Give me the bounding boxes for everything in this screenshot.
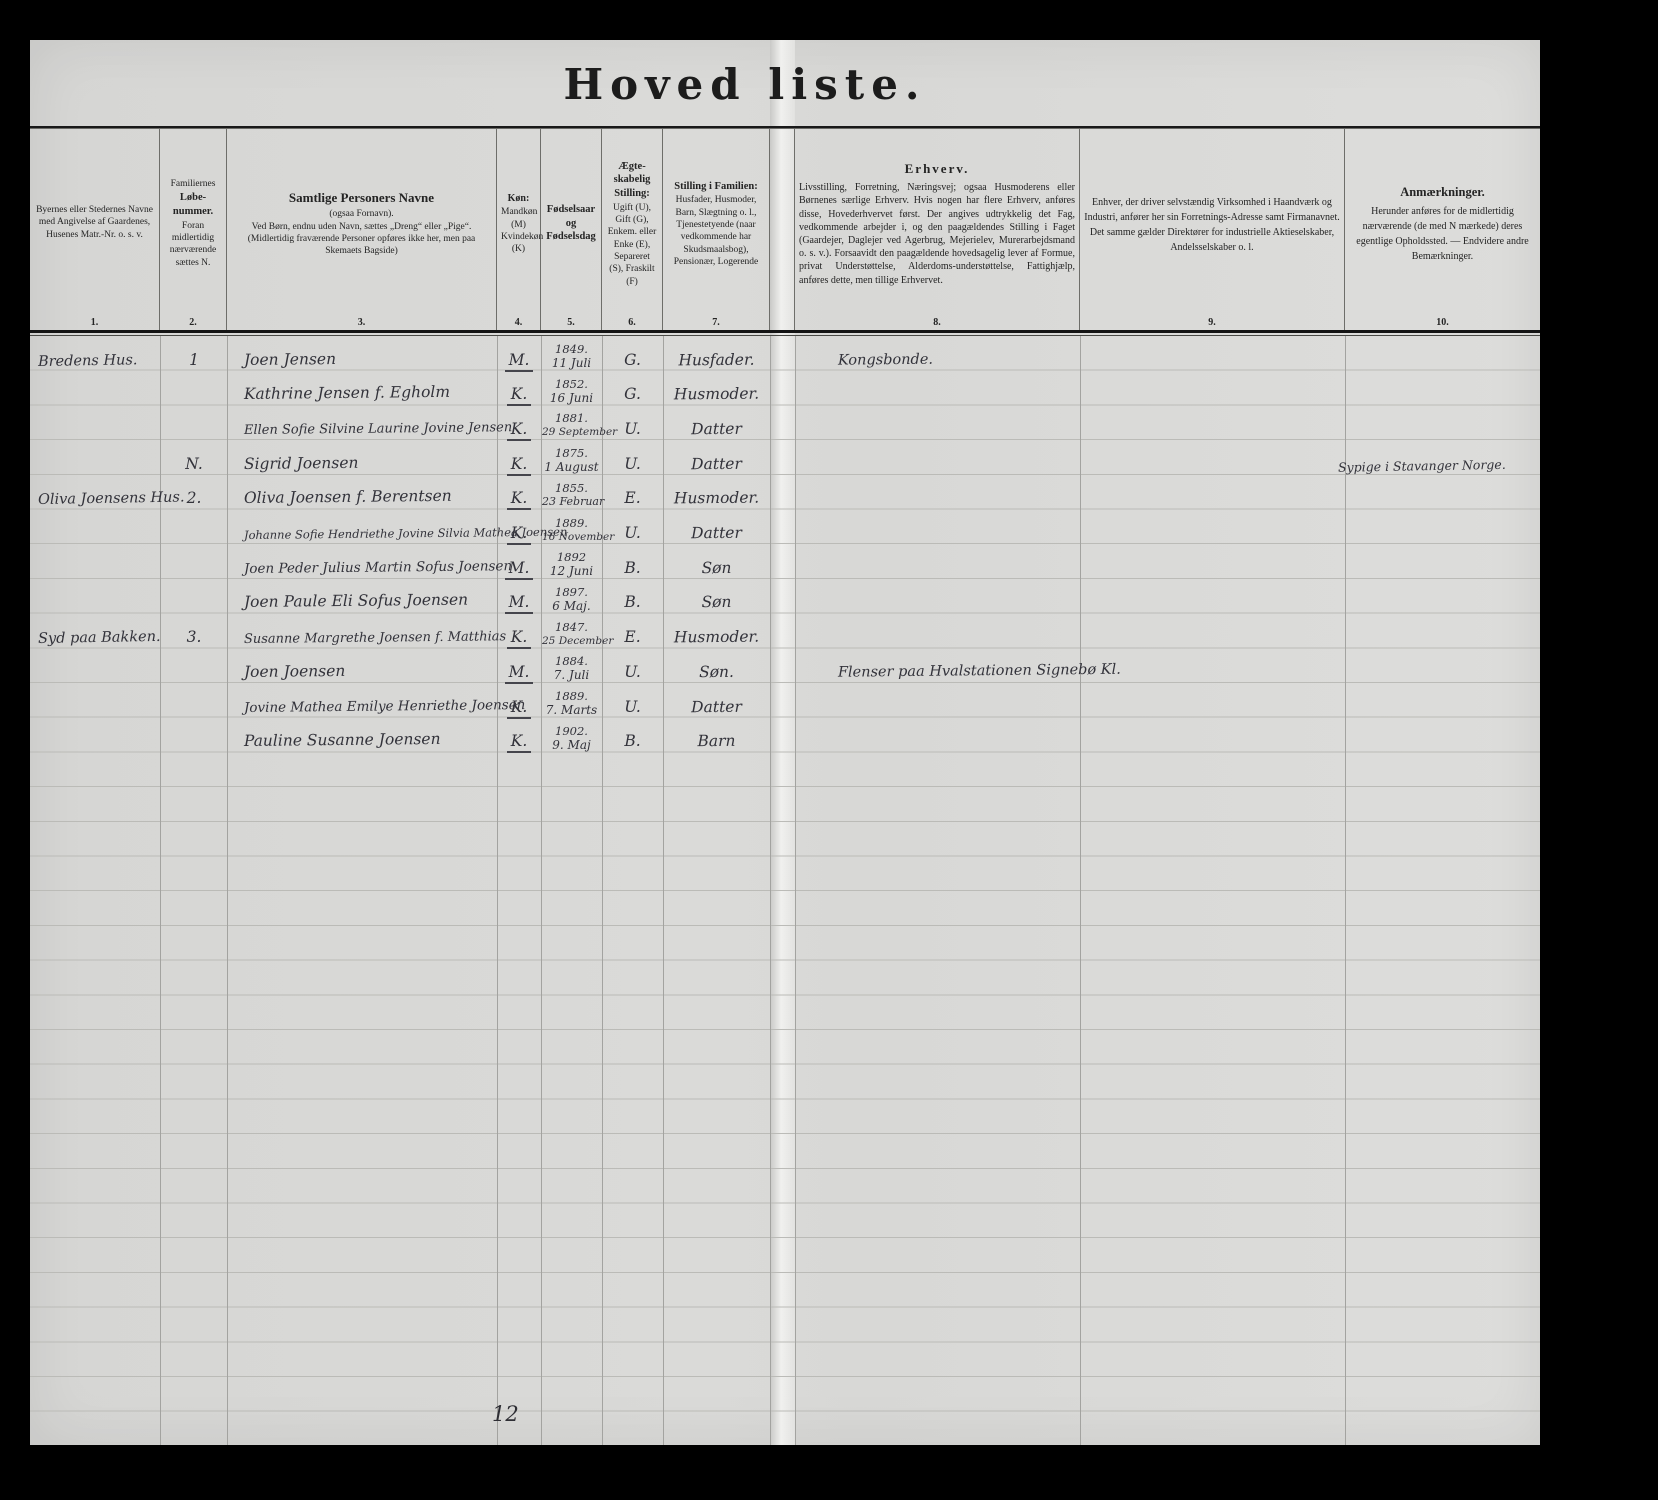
table-row: Pauline Susanne Joensen K. 1902.9. Maj B… xyxy=(30,718,1540,753)
cell-marital-status: B. xyxy=(603,734,662,750)
cell-person-name: Susanne Margrethe Joensen f. Matthias xyxy=(244,630,499,646)
cell-marital-status: G. xyxy=(603,353,662,369)
cell-person-name: Joen Joensen xyxy=(244,662,499,680)
table-row: Ellen Sofie Silvine Laurine Jovine Jense… xyxy=(30,405,1540,440)
cell-sex: K. xyxy=(498,422,540,438)
cell-person-name: Jovine Mathea Emilye Henriethe Joensen xyxy=(244,699,499,715)
cell-birth-date: 1875.1 August xyxy=(542,447,601,474)
header-column-family-position: Stilling i Familien: Husfader, Husmoder,… xyxy=(663,129,770,330)
cell-remarks xyxy=(1338,401,1536,404)
cell-occupation xyxy=(808,469,1106,472)
cell-remarks xyxy=(1338,679,1536,682)
cell-occupation xyxy=(808,712,1106,715)
cell-person-name: Johanne Sofie Hendriethe Jovine Silvia M… xyxy=(244,527,499,541)
cell-birth-date: 1884.7. Juli xyxy=(542,655,601,682)
cell-place-name xyxy=(38,714,156,716)
cell-marital-status: U. xyxy=(603,457,662,473)
table-row: Joen Paule Eli Sofus Joensen M. 1897.6 M… xyxy=(30,579,1540,614)
header-column-business-address: Enhver, der driver selvstændig Virksomhe… xyxy=(1080,129,1345,330)
cell-occupation: Flenser paa Hvalstationen Signebø Kl. xyxy=(808,663,1106,681)
cell-person-name: Joen Jensen xyxy=(244,350,499,368)
cell-family-number: 2. xyxy=(162,491,226,507)
cell-family-position: Husmoder. xyxy=(664,387,769,403)
title-divider xyxy=(30,126,1540,129)
cell-place-name xyxy=(38,402,156,404)
cell-remarks: Sypige i Stavanger Norge. xyxy=(1338,458,1536,474)
table-row: Syd paa Bakken. 3. Susanne Margrethe Joe… xyxy=(30,614,1540,649)
cell-occupation: Kongsbonde. xyxy=(808,350,1106,368)
cell-occupation xyxy=(808,608,1106,611)
cell-family-position: Barn xyxy=(664,734,769,750)
cell-family-position: Datter xyxy=(664,456,769,472)
cell-person-name: Kathrine Jensen f. Egholm xyxy=(244,385,499,403)
cell-family-position: Datter xyxy=(664,526,769,542)
cell-birth-date: 1889.7. Marts xyxy=(542,690,601,717)
cell-birth-date: 1855.23 Februar xyxy=(542,482,601,509)
cell-family-position: Husmoder. xyxy=(664,491,769,507)
cell-sex: K. xyxy=(498,630,540,646)
cell-sex: M. xyxy=(498,595,540,611)
cell-place-name xyxy=(38,575,156,577)
cell-marital-status: E. xyxy=(603,630,662,646)
cell-remarks xyxy=(1338,644,1536,647)
table-header: Byernes eller Stedernes Navne med Angive… xyxy=(30,129,1540,330)
cell-place-name xyxy=(38,749,156,751)
table-row: Johanne Sofie Hendriethe Jovine Silvia M… xyxy=(30,510,1540,545)
page-title: Hoved liste. xyxy=(30,60,1460,109)
cell-place-name xyxy=(38,471,156,473)
cell-family-number: 3. xyxy=(162,630,226,646)
cell-birth-date: 189212 Juni xyxy=(542,551,601,578)
cell-birth-date: 1902.9. Maj xyxy=(542,725,601,752)
cell-marital-status: U. xyxy=(603,665,662,681)
header-column-family-number: Familiernes Løbe- nummer. Foran midlerti… xyxy=(160,129,227,330)
cell-person-name: Oliva Joensen f. Berentsen xyxy=(244,489,499,507)
cell-birth-date: 1852.16 Juni xyxy=(542,378,601,405)
cell-occupation xyxy=(808,642,1106,645)
cell-sex: K. xyxy=(498,491,540,507)
header-column-birth: Fødselsaar og Fødselsdag 5. xyxy=(541,129,602,330)
cell-family-position: Søn xyxy=(664,560,769,576)
table-row: Oliva Joensens Hus. 2. Oliva Joensen f. … xyxy=(30,475,1540,510)
cell-family-position: Husmoder. xyxy=(664,630,769,646)
column-number: 8. xyxy=(795,317,1079,328)
cell-family-position: Søn xyxy=(664,595,769,611)
header-column-remarks: Anmærkninger. Herunder anføres for de mi… xyxy=(1345,129,1540,330)
scanned-census-page: { "page": { "title": "Hoved liste.", "pa… xyxy=(0,0,1658,1500)
cell-family-position: Datter xyxy=(664,699,769,715)
column-number: 5. xyxy=(541,317,601,328)
cell-marital-status: E. xyxy=(603,491,662,507)
census-form-paper: Hoved liste. Byernes eller Stedernes Nav… xyxy=(30,40,1540,1445)
cell-sex: M. xyxy=(498,353,540,369)
column-number: 2. xyxy=(160,317,226,328)
handwritten-page-number: 12 xyxy=(492,1402,519,1426)
cell-remarks xyxy=(1338,366,1536,369)
cell-person-name: Sigrid Joensen xyxy=(244,454,499,472)
cell-place-name xyxy=(38,610,156,612)
cell-person-name: Joen Paule Eli Sofus Joensen xyxy=(244,593,499,611)
table-row: Joen Peder Julius Martin Sofus Joensen M… xyxy=(30,544,1540,579)
table-row: N. Sigrid Joensen K. 1875.1 August U. Da… xyxy=(30,440,1540,475)
cell-person-name: Pauline Susanne Joensen xyxy=(244,732,499,750)
cell-occupation xyxy=(808,538,1106,541)
cell-sex: K. xyxy=(498,387,540,403)
table-row: Jovine Mathea Emilye Henriethe Joensen K… xyxy=(30,683,1540,718)
header-column-names: Samtlige Personers Navne (ogsaa Fornavn)… xyxy=(227,129,497,330)
cell-place-name: Syd paa Bakken. xyxy=(38,630,156,647)
cell-place-name xyxy=(38,436,156,438)
cell-occupation xyxy=(808,504,1106,507)
cell-family-position: Husfader. xyxy=(664,352,769,368)
column-number: 4. xyxy=(497,317,540,328)
cell-marital-status: B. xyxy=(603,561,662,577)
cell-place-name: Oliva Joensens Hus. xyxy=(38,491,156,508)
cell-birth-date: 1889.16 November xyxy=(542,517,601,544)
cell-family-number: N. xyxy=(162,457,226,473)
cell-marital-status: U. xyxy=(603,700,662,716)
cell-birth-date: 1881.29 September xyxy=(542,412,601,439)
header-column-occupation: Erhverv. Livsstilling, Forretning, Nærin… xyxy=(795,129,1080,330)
header-column-sex: Køn: Mandkøn (M) Kvindekøn (K) 4. xyxy=(497,129,541,330)
cell-remarks xyxy=(1338,540,1536,543)
cell-sex: K. xyxy=(498,700,540,716)
column-number: 7. xyxy=(663,317,769,328)
header-double-rule xyxy=(30,330,1540,336)
cell-marital-status: G. xyxy=(603,387,662,403)
cell-occupation xyxy=(808,747,1106,750)
cell-remarks xyxy=(1338,505,1536,508)
cell-remarks xyxy=(1338,436,1536,439)
cell-place-name xyxy=(38,679,156,681)
cell-occupation xyxy=(808,434,1106,437)
cell-family-number: 1 xyxy=(162,353,226,369)
cell-marital-status: B. xyxy=(603,595,662,611)
cell-marital-status: U. xyxy=(603,526,662,542)
cell-family-position: Datter xyxy=(664,421,769,437)
header-column-marital-status: Ægte- skabelig Stilling: Ugift (U), Gift… xyxy=(602,129,663,330)
column-number: 9. xyxy=(1080,317,1344,328)
cell-sex: K. xyxy=(498,526,540,542)
cell-place-name: Bredens Hus. xyxy=(38,352,156,369)
cell-sex: K. xyxy=(498,457,540,473)
cell-remarks xyxy=(1338,748,1536,751)
cell-birth-date: 1847.25 December xyxy=(542,621,601,648)
column-number: 6. xyxy=(602,317,662,328)
column-number: 3. xyxy=(227,317,496,328)
cell-remarks xyxy=(1338,609,1536,612)
column-number: 1. xyxy=(30,317,159,328)
cell-remarks xyxy=(1338,574,1536,577)
cell-person-name: Joen Peder Julius Martin Sofus Joensen xyxy=(244,560,499,576)
cell-occupation xyxy=(808,573,1106,576)
cell-birth-date: 1849.11 Juli xyxy=(542,343,601,370)
cell-remarks xyxy=(1338,713,1536,716)
table-row: Bredens Hus. 1 Joen Jensen M. 1849.11 Ju… xyxy=(30,336,1540,371)
cell-family-position: Søn. xyxy=(664,664,769,680)
column-number: 10. xyxy=(1345,317,1540,328)
cell-place-name xyxy=(38,540,156,542)
cell-occupation xyxy=(808,400,1106,403)
cell-birth-date: 1897.6 Maj. xyxy=(542,586,601,613)
cell-sex: M. xyxy=(498,665,540,681)
cell-sex: M. xyxy=(498,561,540,577)
cell-sex: K. xyxy=(498,734,540,750)
cell-marital-status: U. xyxy=(603,422,662,438)
header-column-place: Byernes eller Stedernes Navne med Angive… xyxy=(30,129,160,330)
cell-person-name: Ellen Sofie Silvine Laurine Jovine Jense… xyxy=(244,422,499,438)
header-fold-gap xyxy=(770,129,795,330)
table-body: Bredens Hus. 1 Joen Jensen M. 1849.11 Ju… xyxy=(30,336,1540,1445)
table-row: Joen Joensen M. 1884.7. Juli U. Søn. Fle… xyxy=(30,648,1540,683)
table-row: Kathrine Jensen f. Egholm K. 1852.16 Jun… xyxy=(30,371,1540,406)
